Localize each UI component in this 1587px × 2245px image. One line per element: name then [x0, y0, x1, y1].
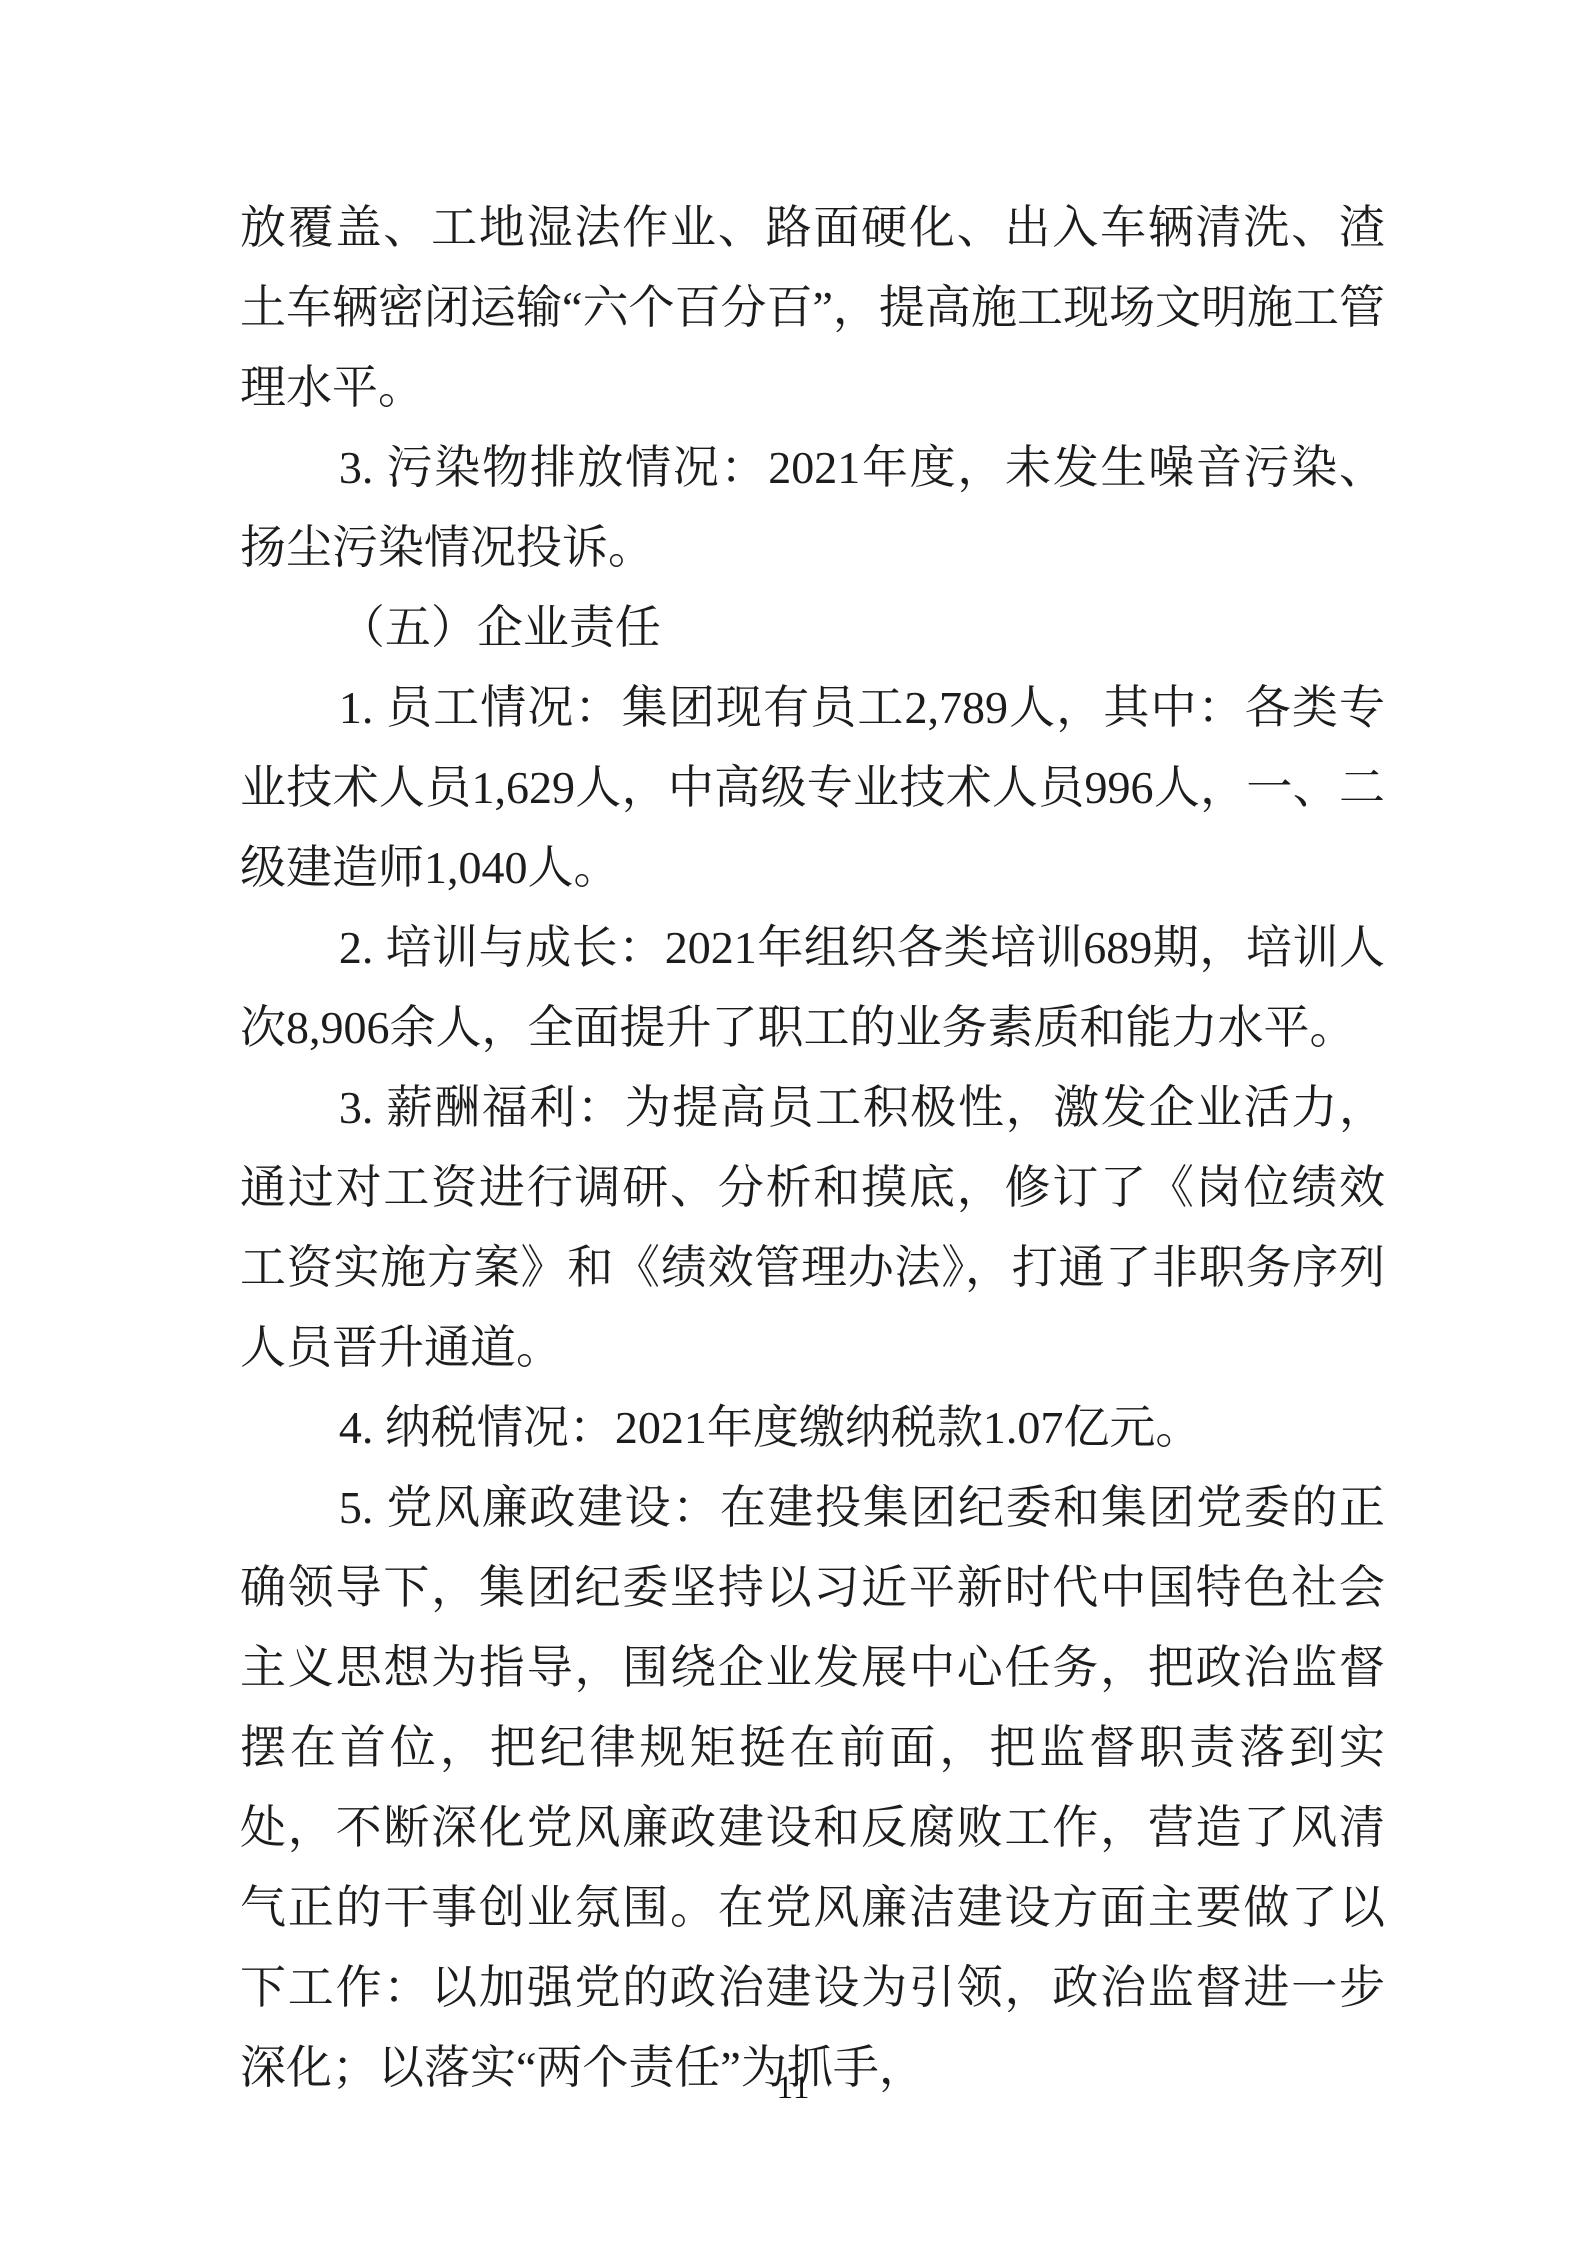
page-number: 11 [777, 2070, 811, 2106]
document-page: 放覆盖、工地湿法作业、路面硬化、出入车辆清洗、渣土车辆密闭运输“六个百分百”，提… [0, 0, 1587, 2245]
paragraph-training-growth: 2. 培训与成长：2021年组织各类培训689期，培训人次8,906余人，全面提… [240, 908, 1385, 1068]
page-footer: 11 [0, 2068, 1587, 2108]
page-body: 放覆盖、工地湿法作业、路面硬化、出入车辆清洗、渣土车辆密闭运输“六个百分百”，提… [240, 188, 1385, 2108]
paragraph-pollution-discharge: 3. 污染物排放情况：2021年度，未发生噪音污染、扬尘污染情况投诉。 [240, 428, 1385, 588]
paragraph-tax-payment: 4. 纳税情况：2021年度缴纳税款1.07亿元。 [240, 1388, 1385, 1468]
paragraph-dust-control-continuation: 放覆盖、工地湿法作业、路面硬化、出入车辆清洗、渣土车辆密闭运输“六个百分百”，提… [240, 188, 1385, 428]
section-heading-enterprise-responsibility: （五）企业责任 [240, 588, 1385, 668]
paragraph-compensation-welfare: 3. 薪酬福利：为提高员工积极性，激发企业活力，通过对工资进行调研、分析和摸底，… [240, 1068, 1385, 1388]
paragraph-staff-situation: 1. 员工情况：集团现有员工2,789人，其中：各类专业技术人员1,629人，中… [240, 668, 1385, 908]
paragraph-party-conduct: 5. 党风廉政建设：在建投集团纪委和集团党委的正确领导下，集团纪委坚持以习近平新… [240, 1468, 1385, 2108]
